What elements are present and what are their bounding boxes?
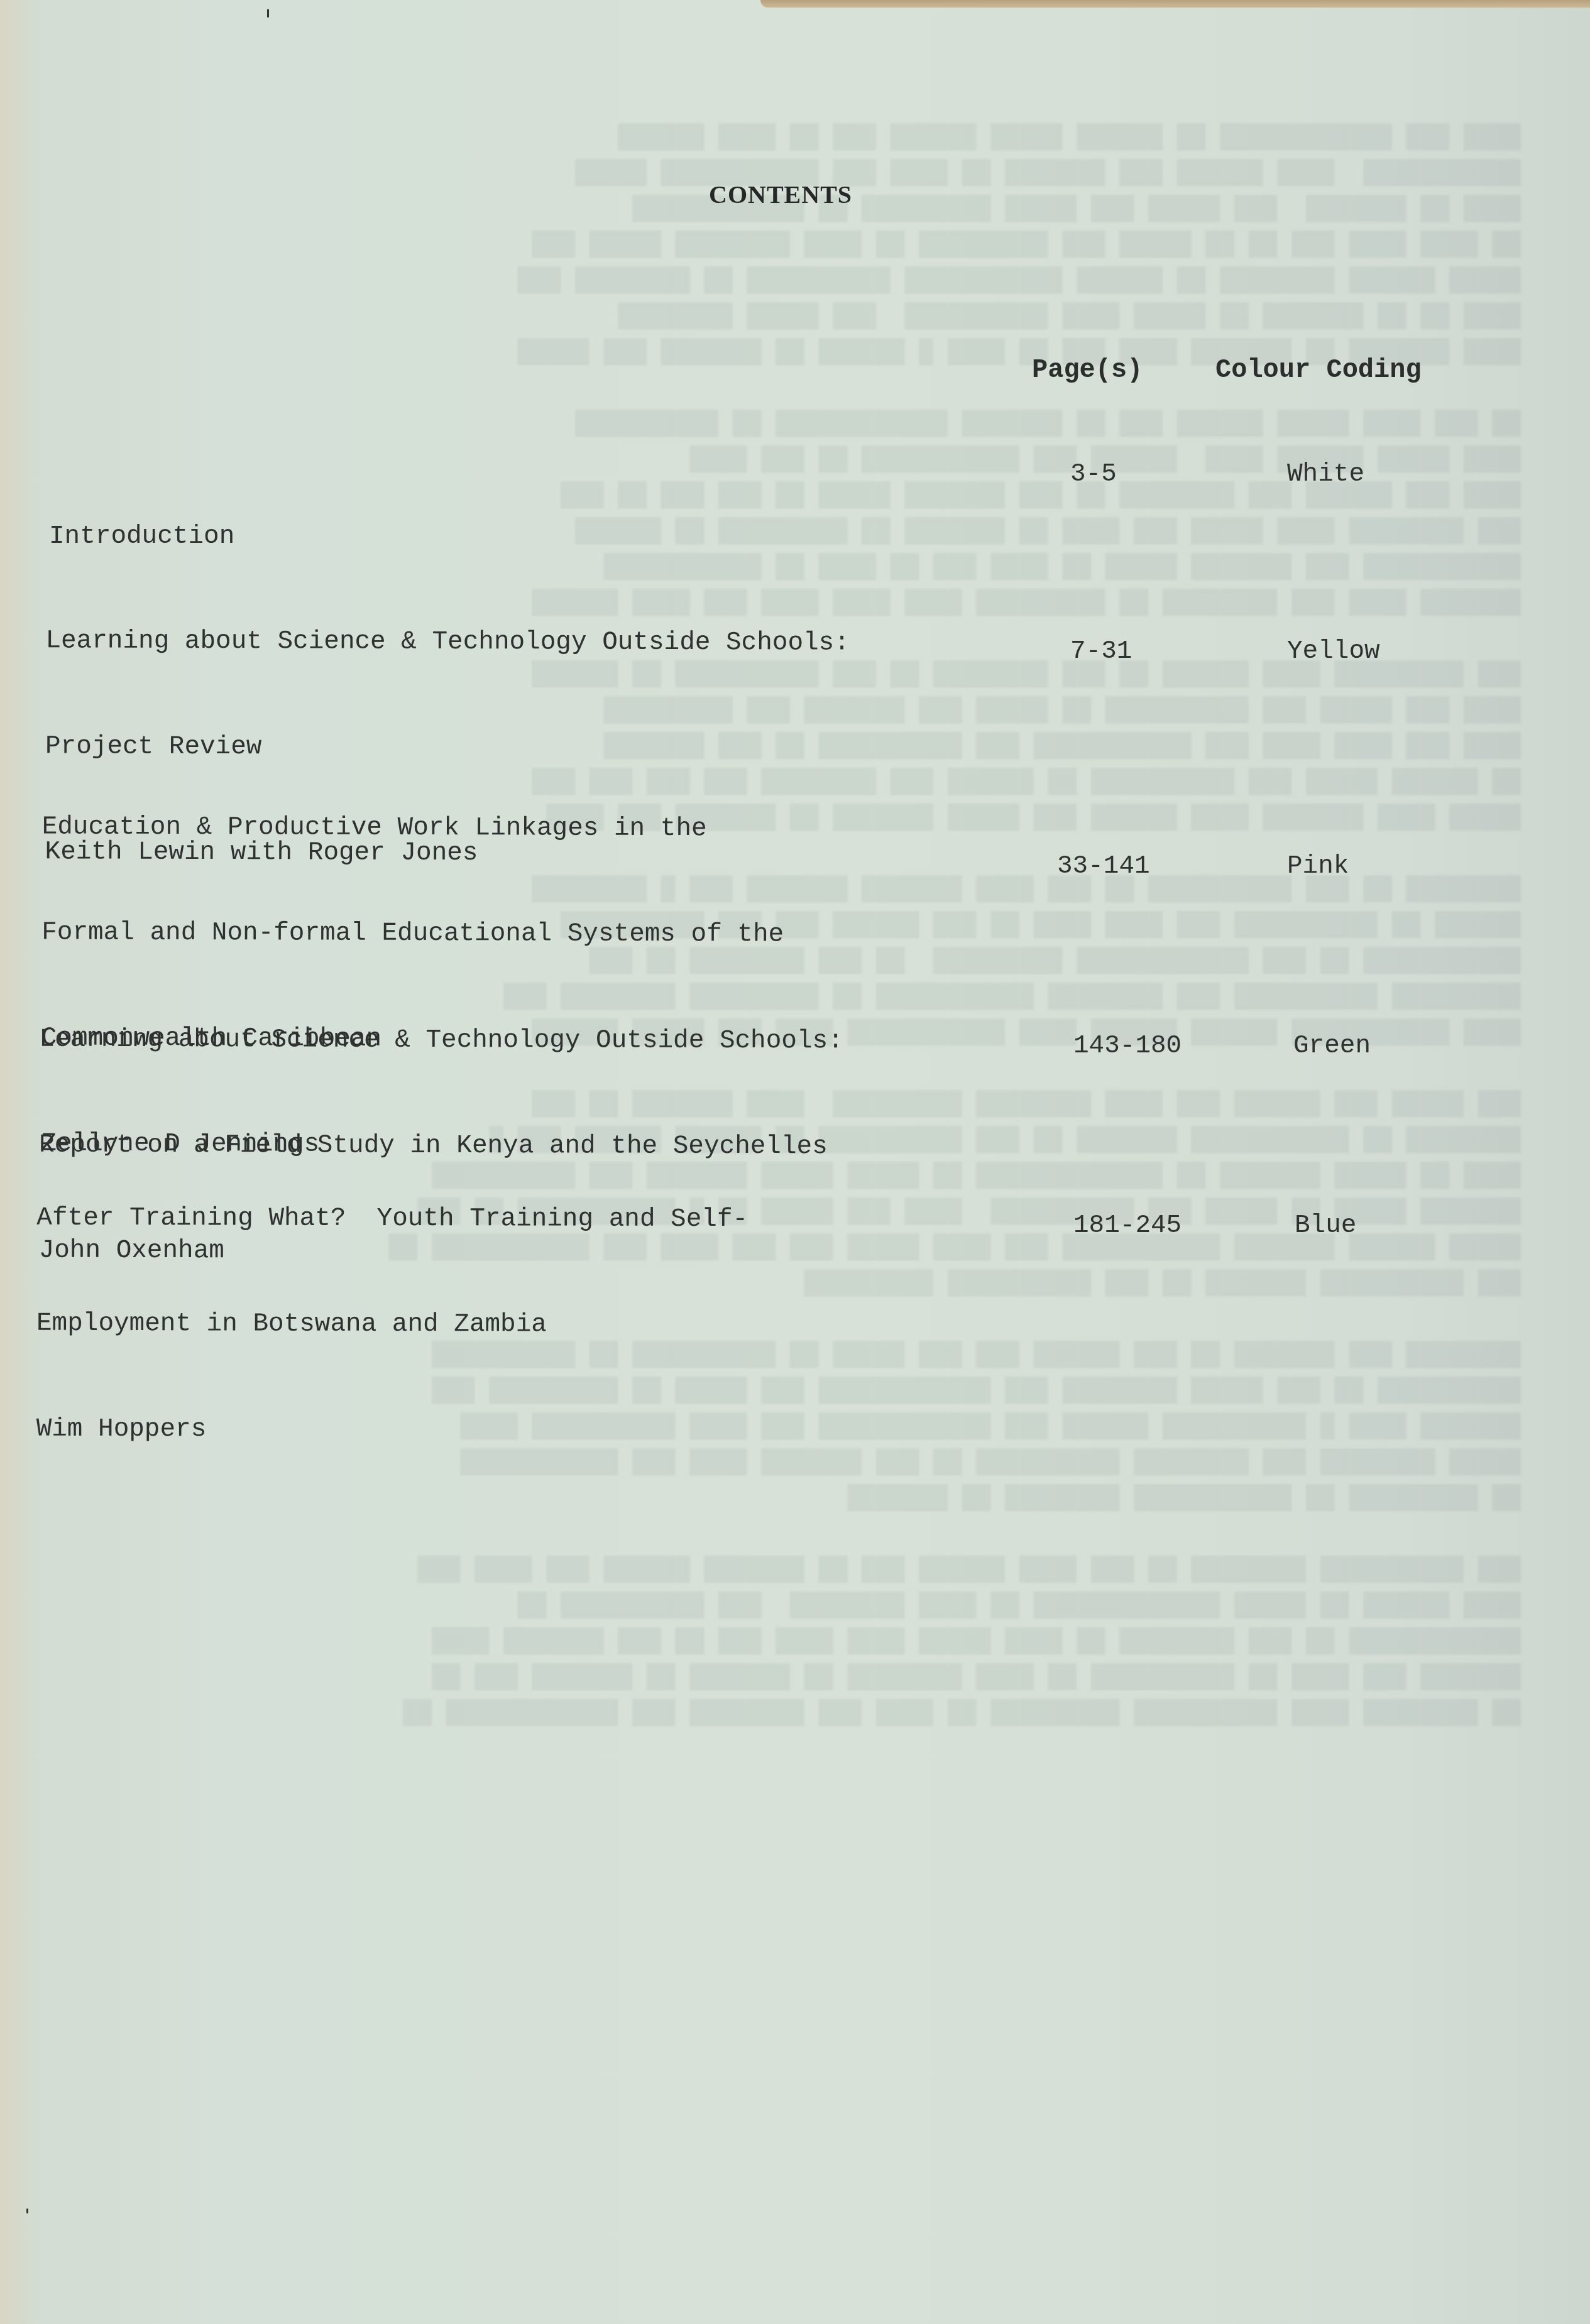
entry-colour-code: Blue [1295, 1211, 1356, 1240]
entry-colour-code: Pink [1287, 852, 1349, 881]
entry-colour-code: Yellow [1287, 637, 1380, 666]
entry-colour-code: Green [1293, 1032, 1371, 1061]
entry-page-range: 3-5 [1070, 460, 1117, 489]
page-edge-strip [760, 0, 1590, 8]
entry-title-line: Employment in Botswana and Zambia [36, 1306, 748, 1343]
entry-author: Wim Hoppers [36, 1412, 748, 1448]
scanned-page: ████ ███ ████████████ ██ ██████ █████ ██… [0, 0, 1590, 2324]
entry-page-range: 143-180 [1073, 1032, 1182, 1061]
contents-heading: CONTENTS [709, 180, 852, 209]
pages-column-header: Page(s) [1032, 355, 1143, 385]
entry-page-range: 181-245 [1073, 1211, 1182, 1240]
entry-page-range: 33-141 [1057, 852, 1150, 881]
entry-title-line: Introduction [49, 519, 234, 554]
scan-speck [267, 9, 269, 18]
entry-title-line: Learning about Science & Technology Outs… [39, 1022, 843, 1059]
entry-title-line: Learning about Science & Technology Outs… [45, 623, 850, 660]
colour-coding-column-header: Colour Coding [1215, 355, 1422, 385]
contents-entry-botswana-zambia: After Training What? Youth Training and … [36, 1130, 748, 1519]
entry-title-line: After Training What? Youth Training and … [36, 1201, 748, 1237]
entry-colour-code: White [1287, 460, 1364, 489]
entry-page-range: 7-31 [1070, 637, 1132, 666]
scan-speck [26, 2208, 28, 2213]
entry-title-line: Education & Productive Work Linkages in … [42, 809, 784, 846]
entry-title-line: Formal and Non-formal Educational System… [41, 915, 784, 952]
